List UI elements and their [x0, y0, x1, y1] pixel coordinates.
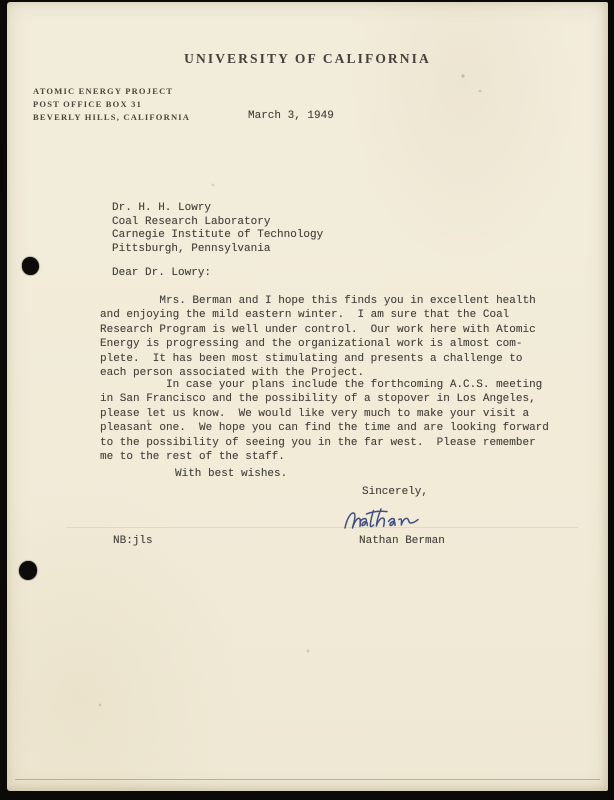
- valediction-line: Sincerely,: [362, 485, 428, 499]
- body-paragraph-1: Mrs. Berman and I hope this finds you in…: [100, 294, 536, 380]
- letter-date: March 3, 1949: [248, 109, 334, 123]
- fold-crease-middle: [67, 527, 578, 528]
- closing-line: With best wishes.: [175, 467, 287, 481]
- body-paragraph-2: In case your plans include the forthcomi…: [100, 378, 549, 464]
- letter-paper: UNIVERSITY OF CALIFORNIA ATOMIC ENERGY P…: [7, 2, 608, 791]
- recipient-address-block: Dr. H. H. Lowry Coal Research Laboratory…: [112, 202, 323, 256]
- scanned-letter: UNIVERSITY OF CALIFORNIA ATOMIC ENERGY P…: [0, 0, 614, 800]
- punch-hole-top: [22, 257, 39, 275]
- signer-typed-name: Nathan Berman: [359, 534, 445, 548]
- salutation-line: Dear Dr. Lowry:: [112, 266, 211, 280]
- paper-specks: [7, 2, 9, 4]
- letterhead-address-block: ATOMIC ENERGY PROJECT POST OFFICE BOX 31…: [33, 85, 190, 124]
- letterhead-university-title: UNIVERSITY OF CALIFORNIA: [7, 51, 608, 67]
- punch-hole-bottom: [19, 561, 37, 580]
- handwritten-signature-script: [342, 504, 420, 536]
- fold-crease-bottom: [15, 779, 600, 780]
- reference-initials: NB:jls: [113, 534, 153, 548]
